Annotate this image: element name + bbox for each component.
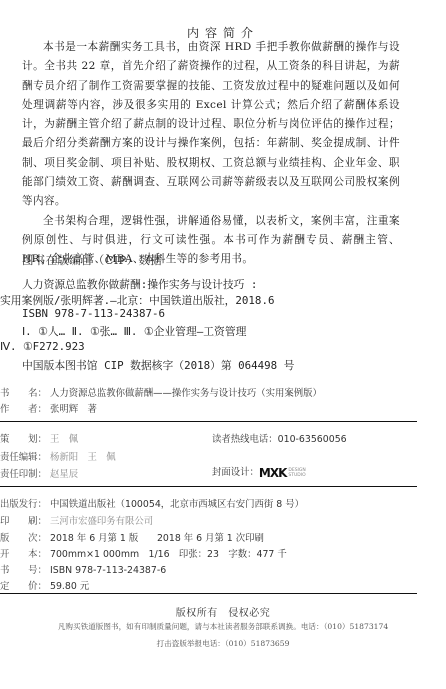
publisher-value: 中国铁道出版社（100054，北京市西城区右安门西街 8 号）	[50, 499, 304, 510]
cover-design-label: 封面设计：	[212, 467, 259, 478]
planner-value: 王 佩	[50, 434, 78, 445]
format-value: 700mm×1 000mm 1/16 印张：23 字数：477 千	[50, 549, 287, 560]
isbn-row: 书 号：ISBN 978-7-113-24387-6	[0, 562, 166, 576]
printer-row: 印 刷：三河市宏盛印务有限公司	[0, 513, 153, 527]
cover-design-row: 封面设计：MXKDESIGN STUDIO	[212, 464, 302, 480]
editor-value: 杨新阳 王 佩	[50, 452, 116, 463]
summary-paragraph-1: 本书是一本薪酬实务工具书，由资深 HRD 手把手教你做薪酬的操作与设计。全书共 …	[22, 38, 400, 212]
cip-isbn: ISBN 978-7-113-24387-6	[22, 307, 165, 320]
logo-subtext: DESIGN STUDIO	[288, 468, 302, 478]
anti-piracy-hotline: 打击盗版举报电话：（010）51873659	[0, 638, 446, 649]
author-row: 作 者：张明辉 著	[0, 401, 97, 415]
isbn-label: 书 号：	[0, 562, 50, 576]
format-label: 开 本：	[0, 546, 50, 560]
edition-value: 2018 年 6 月第 1 版 2018 年 6 月第 1 次印刷	[50, 533, 264, 544]
book-title-value: 人力资源总监教你做薪酬——操作实务与设计技巧（实用案例版）	[50, 388, 322, 399]
format-row: 开 本：700mm×1 000mm 1/16 印张：23 字数：477 千	[0, 546, 287, 560]
author-label: 作 者：	[0, 401, 50, 415]
printing-manager-label: 责任印制：	[0, 466, 50, 480]
planner-row: 策 划：王 佩	[0, 431, 78, 445]
printing-manager-row: 责任印制：赵星辰	[0, 466, 78, 480]
printing-manager-value: 赵星辰	[50, 469, 78, 480]
book-title-label: 书 名：	[0, 385, 50, 399]
book-title-row: 书 名：人力资源总监教你做薪酬——操作实务与设计技巧（实用案例版）	[0, 385, 322, 399]
hotline-row: 读者热线电话：010-63560056	[212, 431, 347, 445]
service-notice: 凡购买铁道版图书，如有印制质量问题，请与本社读者服务部联系调换。电话：（010）…	[0, 621, 446, 632]
publisher-row: 出版发行：中国铁道出版社（100054，北京市西城区右安门西街 8 号）	[0, 496, 304, 510]
author-value: 张明辉 著	[50, 404, 97, 415]
logo-text: MXK	[259, 466, 287, 480]
price-row: 定 价：59.80 元	[0, 578, 89, 592]
edition-row: 版 次：2018 年 6 月第 1 版 2018 年 6 月第 1 次印刷	[0, 530, 264, 544]
publisher-label: 出版发行：	[0, 496, 50, 510]
printer-label: 印 刷：	[0, 513, 50, 527]
divider-3	[0, 593, 417, 594]
cip-subjects: Ⅰ. ①人… Ⅱ. ①张… Ⅲ. ①企业管理—工资管理	[22, 324, 246, 339]
cover-design-logo: MXKDESIGN STUDIO	[259, 466, 303, 480]
divider-2	[0, 486, 417, 487]
cip-line-2: 实用案例版/张明辉著.—北京：中国铁道出版社，2018.6	[0, 293, 274, 308]
divider-1	[0, 421, 417, 422]
isbn-value: ISBN 978-7-113-24387-6	[50, 565, 166, 576]
edition-label: 版 次：	[0, 530, 50, 544]
printer-value: 三河市宏盛印务有限公司	[50, 516, 153, 527]
editor-label: 责任编辑：	[0, 449, 50, 463]
cip-heading: 图书在版编目（CIP）数据	[22, 252, 162, 268]
editor-row: 责任编辑：杨新阳 王 佩	[0, 449, 116, 463]
cip-line-1: 人力资源总监教你做薪酬:操作实务与设计技巧 :	[22, 277, 257, 292]
planner-label: 策 划：	[0, 431, 50, 445]
price-value: 59.80 元	[50, 581, 89, 592]
copyright-notice: 版权所有 侵权必究	[0, 604, 446, 619]
summary-body: 本书是一本薪酬实务工具书，由资深 HRD 手把手教你做薪酬的操作与设计。全书共 …	[22, 38, 400, 270]
cip-record: 中国版本图书馆 CIP 数据核字（2018）第 064498 号	[22, 358, 294, 373]
hotline-value: 010-63560056	[278, 434, 347, 445]
cip-classification: Ⅳ. ①F272.923	[0, 340, 85, 353]
hotline-label: 读者热线电话：	[212, 434, 278, 445]
price-label: 定 价：	[0, 578, 50, 592]
